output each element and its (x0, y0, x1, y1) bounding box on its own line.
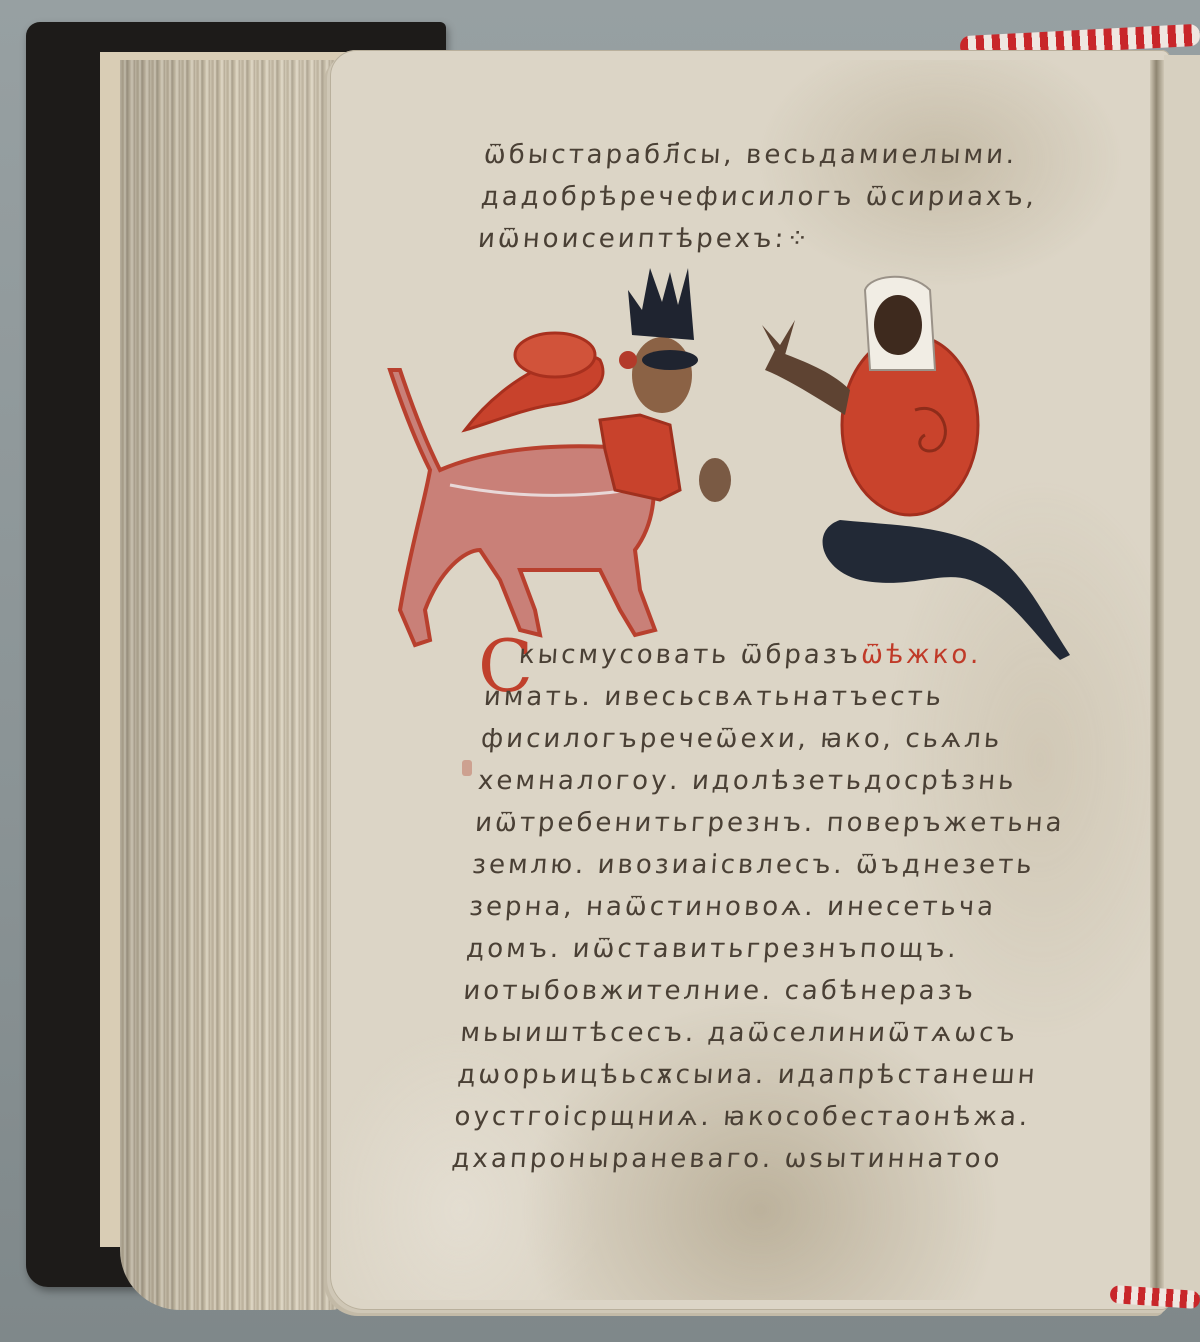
text-line: домъ. иѿставитьгрезнъпощъ. (465, 934, 960, 964)
text-line: фисилогъречеѿехи, ꙗко, сьѧль (480, 724, 1003, 754)
marginal-mark (462, 760, 472, 776)
miniature-illustration (370, 250, 1090, 680)
text-line: иѿтребенитьгрезнъ. поверъжетьна (474, 808, 1066, 838)
text-line: дхапроныраневаго. ѡѕытиннатоо (451, 1144, 1004, 1174)
text-line: ѿбыстарабл҃сы, весьдамиелыми. (483, 140, 1019, 170)
text-line: оустгоісрщниѧ. ꙗкособестаонѣжа. (454, 1102, 1032, 1132)
fore-edge-shading (120, 60, 360, 1310)
text-line: зерна, наѿстиновоѧ. инесетьча (468, 892, 997, 922)
serpent-tailed-figure (762, 277, 1070, 660)
text-line: хемналогоу. идолѣзетьдосрѣзнь (477, 766, 1018, 796)
text-line: дадобрѣречефисилогъ ѿсириахъ, (480, 182, 1038, 212)
text-line: кысмусовать ѿбразъѿѣжко. (518, 640, 983, 670)
winged-hybrid-creature (390, 268, 731, 645)
text-line: мьыиштѣсесъ. даѿселиниѿтѧѡсъ (459, 1018, 1018, 1048)
text-line: дѡорьицѣьсѫсыиа. идапрѣстанешн (456, 1060, 1038, 1090)
text-line: имать. ивесьсвѧтьнатъесть (483, 682, 945, 712)
page-gutter (1150, 60, 1164, 1290)
rubric-heading: ѿѣжко. (860, 640, 983, 670)
text-line: землю. ивозиаісвлесъ. ѿъднезеть (471, 850, 1035, 880)
text-line: иотыбовжителние. сабѣнеразъ (462, 976, 977, 1006)
facing-page-edge (1164, 55, 1200, 1295)
